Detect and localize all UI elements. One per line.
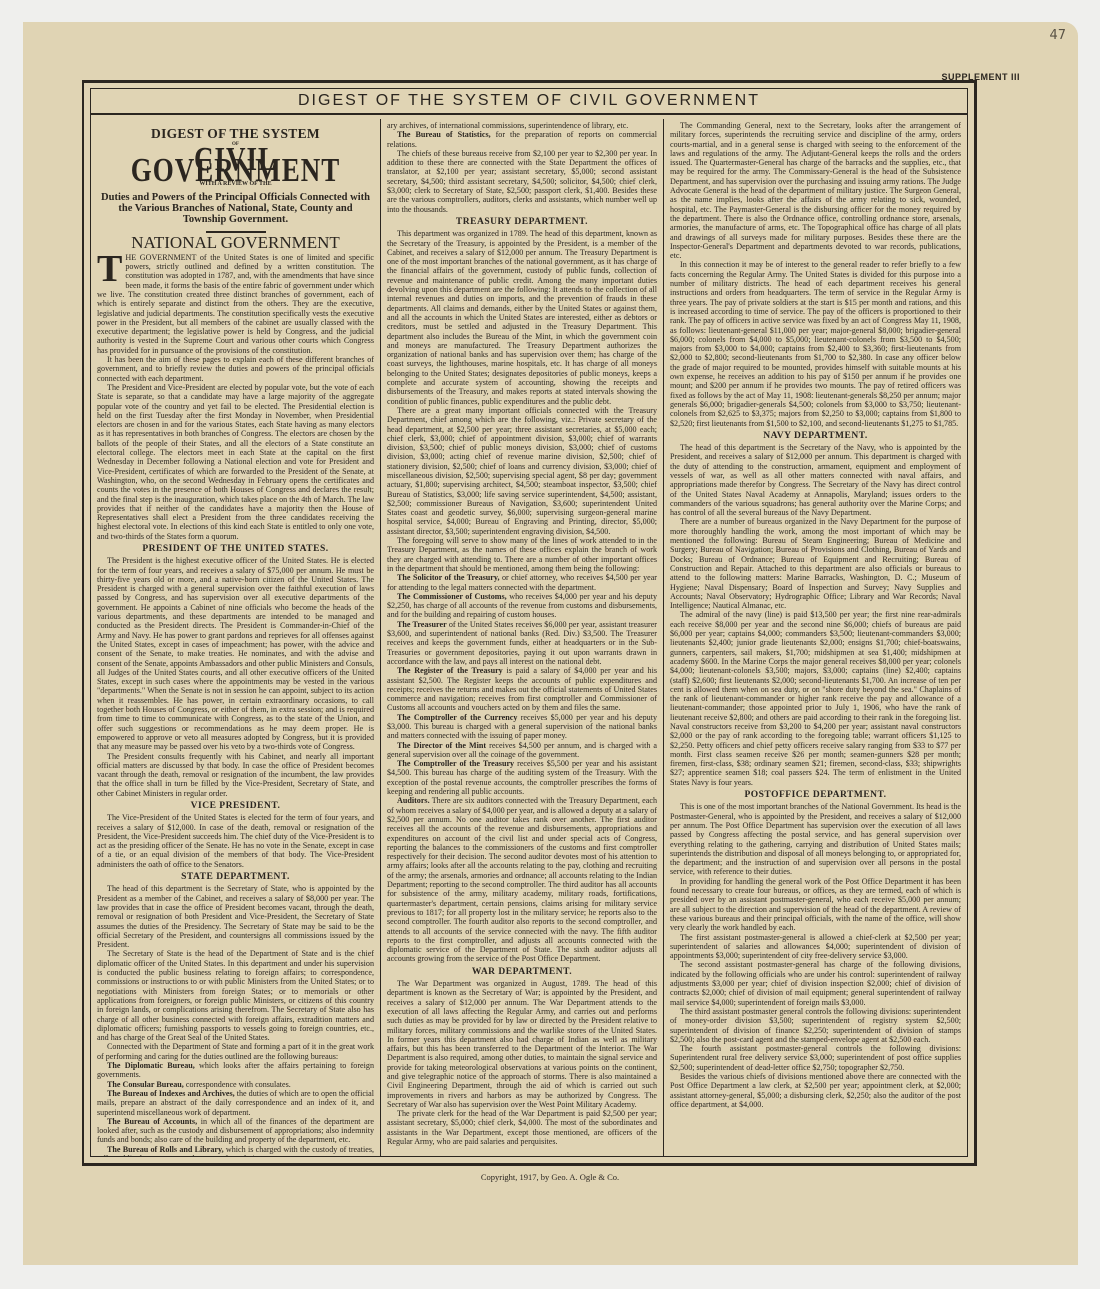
paragraph: The admiral of the navy (line) is paid $… (670, 610, 961, 787)
content-inner-frame: DIGEST OF THE SYSTEM OF CIVIL GOVERNMENT… (90, 88, 968, 1157)
column-2: ary archives, of international commissio… (381, 119, 664, 1156)
column-1: DIGEST OF THE SYSTEM OF CIVIL GOVERNMENT… (91, 119, 381, 1156)
paragraph: THE GOVERNMENT of the United States is o… (97, 253, 374, 355)
paragraph: Besides the various chiefs of divisions … (670, 1072, 961, 1109)
paragraph: The Secretary of State is the head of th… (97, 949, 374, 1042)
title-block: DIGEST OF THE SYSTEM OF CIVIL GOVERNMENT… (97, 129, 374, 248)
paragraph: The head of this department is the Secre… (97, 884, 374, 949)
paragraph: The President is the highest executive o… (97, 556, 374, 751)
paragraph: The third assistant postmaster general c… (670, 1007, 961, 1044)
paragraph: The fourth assistant postmaster-general … (670, 1044, 961, 1072)
paragraph: Connected with the Department of State a… (97, 1042, 374, 1061)
paragraph: The second assistant postmaster-general … (670, 960, 961, 1006)
official-item: The Treasurer of the United States recei… (387, 620, 657, 666)
paragraph: The first assistant postmaster-general i… (670, 933, 961, 961)
section-heading: VICE PRESIDENT. (97, 802, 374, 811)
column-3: The Commanding General, next to the Secr… (664, 119, 967, 1156)
subtitle: Duties and Powers of the Principal Offic… (97, 192, 374, 225)
paragraph: There are a number of bureaus organized … (670, 517, 961, 610)
paragraph: The Vice-President of the United States … (97, 813, 374, 869)
section-title: NATIONAL GOVERNMENT (97, 238, 374, 247)
bureau-item: The Bureau of Statistics, for the prepar… (387, 130, 657, 149)
paragraph: The foregoing will serve to show many of… (387, 536, 657, 573)
paragraph: This department was organized in 1789. T… (387, 229, 657, 406)
official-item: The Comptroller of the Treasury receives… (387, 759, 657, 796)
section-heading: NAVY DEPARTMENT. (670, 432, 961, 441)
section-heading: POSTOFFICE DEPARTMENT. (670, 791, 961, 800)
section-heading: PRESIDENT OF THE UNITED STATES. (97, 545, 374, 554)
paragraph: The War Department was organized in Augu… (387, 979, 657, 1109)
paragraph: The private clerk for the head of the Wa… (387, 1109, 657, 1146)
section-heading: STATE DEPARTMENT. (97, 873, 374, 882)
main-title: CIVIL GOVERNMENT (97, 153, 374, 176)
content-frame: DIGEST OF THE SYSTEM OF CIVIL GOVERNMENT… (82, 80, 977, 1166)
paragraph: The chiefs of these bureaus receive from… (387, 149, 657, 214)
columns: DIGEST OF THE SYSTEM OF CIVIL GOVERNMENT… (91, 119, 967, 1156)
section-heading: WAR DEPARTMENT. (387, 968, 657, 977)
drop-cap: T (97, 254, 122, 284)
official-item: The Director of the Mint receives $4,500… (387, 741, 657, 760)
paragraph: It has been the aim of these pages to ex… (97, 355, 374, 383)
paragraph: The President and Vice-President are ele… (97, 383, 374, 541)
bureau-item: The Bureau of Rolls and Library, which i… (97, 1145, 374, 1156)
official-item: The Commissioner of Customs, who receive… (387, 592, 657, 620)
paragraph: The President consults frequently with h… (97, 752, 374, 798)
official-item: Auditors. There are six auditors connect… (387, 796, 657, 963)
official-item: The Comptroller of the Currency receives… (387, 713, 657, 741)
bureau-item: The Bureau of Accounts, in which all of … (97, 1117, 374, 1145)
paragraph: This is one of the most important branch… (670, 802, 961, 876)
paragraph: The head of this department is the Secre… (670, 443, 961, 517)
title-line-1: DIGEST OF THE SYSTEM (97, 129, 374, 138)
paragraph: In providing for handling the general wo… (670, 877, 961, 933)
official-item: The Solicitor of the Treasury, or chief … (387, 573, 657, 592)
banner-title: DIGEST OF THE SYSTEM OF CIVIL GOVERNMENT (91, 89, 967, 115)
paragraph: There are a great many important officia… (387, 406, 657, 536)
bureau-item: The Bureau of Indexes and Archives, the … (97, 1089, 374, 1117)
section-heading: TREASURY DEPARTMENT. (387, 218, 657, 227)
copyright-notice: Copyright, 1917, by Geo. A. Ogle & Co. (0, 1172, 1100, 1182)
paragraph: In this connection it may be of interest… (670, 260, 961, 427)
bureau-item: The Consular Bureau, correspondence with… (97, 1080, 374, 1089)
page-number: 47 (1049, 28, 1066, 43)
paragraph: ary archives, of international commissio… (387, 121, 657, 130)
paragraph: The Commanding General, next to the Secr… (670, 121, 961, 260)
bureau-item: The Diplomatic Bureau, which looks after… (97, 1061, 374, 1080)
official-item: The Register of the Treasury is paid a s… (387, 666, 657, 712)
